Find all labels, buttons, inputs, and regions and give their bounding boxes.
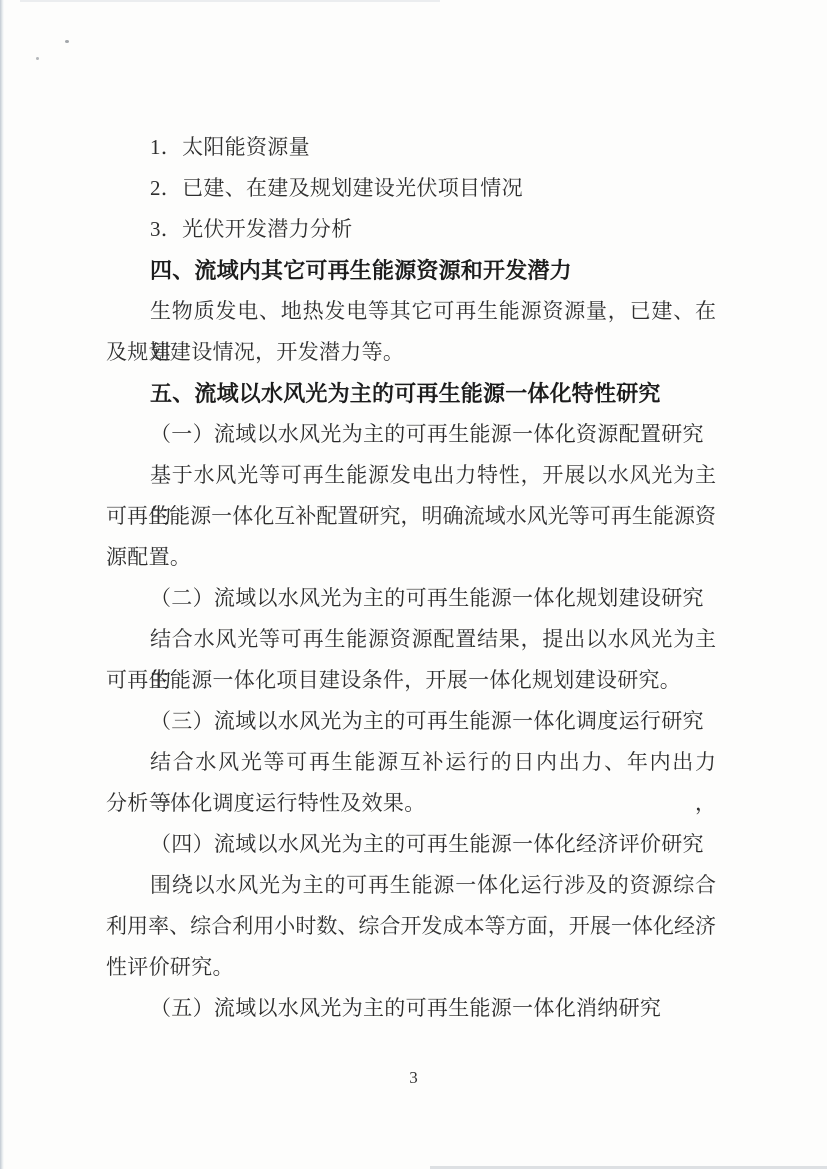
body-line: 源配置。 (106, 537, 716, 578)
subsection-heading: （一）流域以水风光为主的可再生能源一体化资源配置研究 (106, 414, 716, 455)
body-line: 结合水风光等可再生能源互补运行的日内出力、年内出力等， (106, 742, 716, 783)
page-number: 3 (0, 1066, 827, 1090)
numbered-item: 1．太阳能资源量 (106, 127, 716, 168)
body-line: 围绕以水风光为主的可再生能源一体化运行涉及的资源综合 (106, 865, 716, 906)
section-heading: 五、流域以水风光为主的可再生能源一体化特性研究 (106, 373, 716, 414)
body-line: 可再生能源一体化项目建设条件，开展一体化规划建设研究。 (106, 660, 716, 701)
body-line: 性评价研究。 (106, 947, 716, 988)
document-body: 1．太阳能资源量2．已建、在建及规划建设光伏项目情况3．光伏开发潜力分析四、流域… (106, 127, 716, 1029)
body-line: 结合水风光等可再生能源资源配置结果，提出以水风光为主的 (106, 619, 716, 660)
numbered-item: 2．已建、在建及规划建设光伏项目情况 (106, 168, 716, 209)
subsection-heading: （二）流域以水风光为主的可再生能源一体化规划建设研究 (106, 578, 716, 619)
body-line: 可再生能源一体化互补配置研究，明确流域水风光等可再生能源资 (106, 496, 716, 537)
body-line: 利用率、综合利用小时数、综合开发成本等方面，开展一体化经济 (106, 906, 716, 947)
subsection-heading: （三）流域以水风光为主的可再生能源一体化调度运行研究 (106, 701, 716, 742)
body-line: 基于水风光等可再生能源发电出力特性，开展以水风光为主的 (106, 455, 716, 496)
numbered-item: 3．光伏开发潜力分析 (106, 209, 716, 250)
document-page: 1．太阳能资源量2．已建、在建及规划建设光伏项目情况3．光伏开发潜力分析四、流域… (0, 0, 827, 1169)
body-line: 及规划建设情况，开发潜力等。 (106, 332, 716, 373)
section-heading: 四、流域内其它可再生能源资源和开发潜力 (106, 250, 716, 291)
scan-edge-left (0, 0, 4, 1169)
body-line: 生物质发电、地热发电等其它可再生能源资源量，已建、在建 (106, 291, 716, 332)
scan-edge-top (20, 0, 440, 2)
scan-speck (36, 57, 39, 60)
scan-speck (65, 40, 69, 43)
subsection-heading: （五）流域以水风光为主的可再生能源一体化消纳研究 (106, 988, 716, 1029)
subsection-heading: （四）流域以水风光为主的可再生能源一体化经济评价研究 (106, 824, 716, 865)
